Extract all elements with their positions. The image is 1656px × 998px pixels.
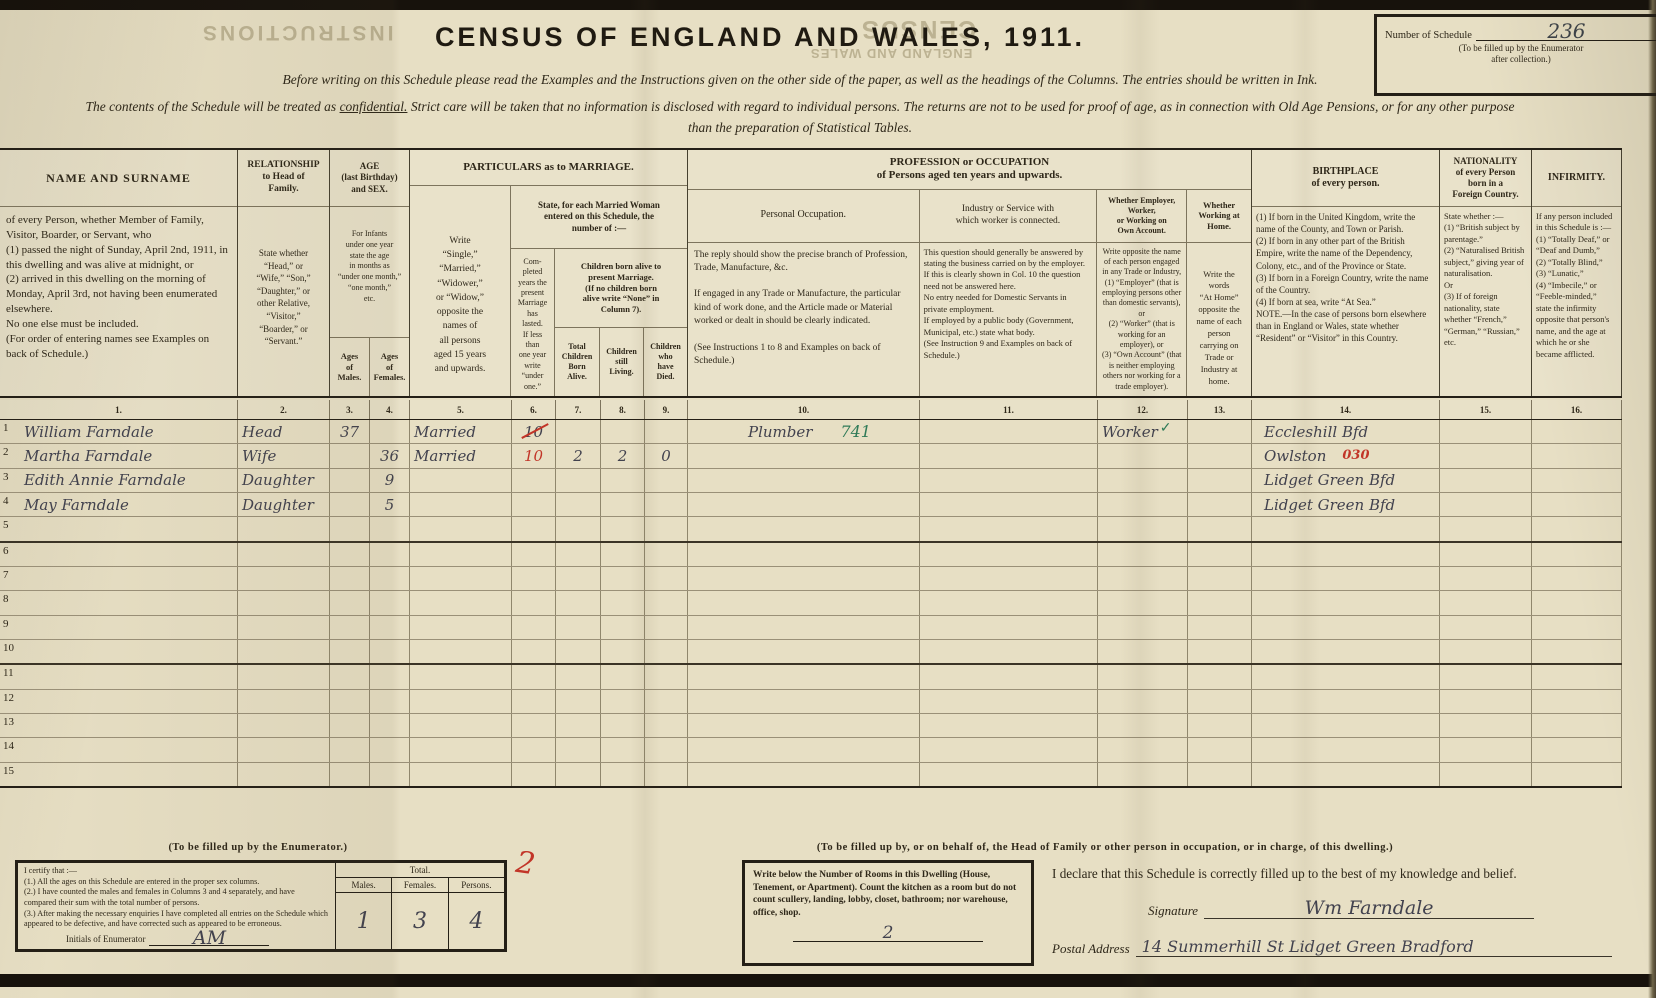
column-number: 3. [330, 400, 370, 419]
cell-name: 6 [0, 543, 238, 566]
cell-occupation [688, 763, 920, 786]
col-industry-desc: This question should generally be answer… [920, 243, 1097, 396]
cell-birthplace [1252, 591, 1440, 614]
entry-birthplace: Lidget Green Bfd [1256, 496, 1395, 514]
table-row: 7 [0, 567, 1622, 591]
row-number: 15 [3, 765, 14, 777]
entry-name: Martha Farndale [4, 447, 152, 465]
cell-occupation [688, 469, 920, 492]
cell-died: 0 [645, 444, 688, 467]
table-row: 4May FarndaleDaughter5Lidget Green Bfd [0, 493, 1622, 517]
cell-nationality [1440, 616, 1532, 639]
cell-born [556, 665, 601, 688]
cell-name: 7 [0, 567, 238, 590]
cell-relationship [238, 738, 330, 761]
cell-employment [1098, 738, 1188, 761]
cell-marriage [410, 640, 512, 663]
cell-infirmity [1532, 640, 1622, 663]
entry-years-married: 10 [524, 423, 543, 441]
cell-employment [1098, 714, 1188, 737]
cell-marriage [410, 493, 512, 516]
cell-employment [1098, 591, 1188, 614]
cell-years [512, 763, 556, 786]
cell-relationship [238, 714, 330, 737]
cell-employment [1098, 517, 1188, 540]
cell-occupation [688, 690, 920, 713]
cell-marriage [410, 763, 512, 786]
row-number: 1 [3, 422, 9, 434]
cell-died [645, 543, 688, 566]
cell-died [645, 469, 688, 492]
col-employer-worker: Whether Employer, Worker, or Working on … [1097, 190, 1187, 396]
signature-value: Wm Farndale [1204, 898, 1534, 919]
cell-nationality [1440, 640, 1532, 663]
cell-age_m [330, 444, 370, 467]
cell-age_m [330, 616, 370, 639]
col-personal-occupation: Personal Occupation. The reply should sh… [688, 190, 920, 396]
cell-age_m [330, 763, 370, 786]
cell-industry [920, 420, 1098, 443]
cell-born [556, 690, 601, 713]
column-number: 2. [238, 400, 330, 419]
col-age-desc: For Infants under one year state the age… [330, 207, 409, 337]
entry-birthplace: Eccleshill Bfd [1256, 423, 1368, 441]
cell-name: 9 [0, 616, 238, 639]
cell-born [556, 763, 601, 786]
entry-relationship: Wife [242, 447, 276, 465]
cell-nationality [1440, 567, 1532, 590]
cell-living: 2 [601, 444, 645, 467]
cell-born: 2 [556, 444, 601, 467]
table-row: 11 [0, 665, 1622, 689]
cell-relationship [238, 665, 330, 688]
cell-employment [1098, 493, 1188, 516]
table-row: 2Martha FarndaleWife36Married10220Owlsto… [0, 444, 1622, 468]
schedule-number-note: (To be filled up by the Enumerator after… [1385, 43, 1656, 66]
cell-years [512, 714, 556, 737]
cell-died [645, 763, 688, 786]
cell-died [645, 616, 688, 639]
cell-age_m [330, 591, 370, 614]
col-personal-occupation-desc: The reply should show the precise branch… [688, 243, 919, 396]
cell-employment [1098, 567, 1188, 590]
cell-age_m [330, 690, 370, 713]
cell-relationship [238, 543, 330, 566]
cell-infirmity [1532, 444, 1622, 467]
cell-name: 8 [0, 591, 238, 614]
females-label: Females. [392, 878, 448, 892]
top-edge-bar [0, 0, 1656, 10]
cell-infirmity [1532, 469, 1622, 492]
cell-nationality [1440, 469, 1532, 492]
cell-at_home [1188, 469, 1252, 492]
cell-industry [920, 665, 1098, 688]
table-row: 12 [0, 690, 1622, 714]
cell-years [512, 543, 556, 566]
cell-marriage [410, 517, 512, 540]
postal-address-value: 14 Summerhill St Lidget Green Bradford [1136, 938, 1612, 957]
cell-years [512, 517, 556, 540]
cell-nationality [1440, 591, 1532, 614]
cell-years [512, 567, 556, 590]
cell-industry [920, 517, 1098, 540]
column-number: 8. [601, 400, 645, 419]
initials-value: AM [149, 931, 269, 946]
cell-age_m [330, 493, 370, 516]
column-number-strip: 1.2.3.4.5.6.7.8.9.10.11.12.13.14.15.16. [0, 400, 1622, 420]
cell-infirmity [1532, 567, 1622, 590]
totals-values: 1 3 4 [336, 893, 504, 949]
cell-infirmity [1532, 517, 1622, 540]
table-body: 1William FarndaleHead37Married10Plumber7… [0, 420, 1622, 788]
cell-at_home [1188, 567, 1252, 590]
cell-born [556, 714, 601, 737]
entry-age_m: 37 [340, 423, 359, 441]
cell-industry [920, 493, 1098, 516]
cell-relationship: Daughter [238, 493, 330, 516]
cell-living [601, 517, 645, 540]
cell-birthplace: Eccleshill Bfd [1252, 420, 1440, 443]
cell-industry [920, 738, 1098, 761]
cell-marriage [410, 616, 512, 639]
cell-employment [1098, 469, 1188, 492]
red-annotation-mark: 2 [514, 845, 538, 882]
col-at-home: Whether Working at Home. Write the words… [1187, 190, 1251, 396]
row-number: 11 [3, 667, 14, 679]
col-employer-worker-title: Whether Employer, Worker, or Working on … [1097, 190, 1186, 243]
cell-name: 5 [0, 517, 238, 540]
cell-died [645, 420, 688, 443]
cell-industry [920, 591, 1098, 614]
cell-employment: Worker✓ [1098, 420, 1188, 443]
col-marriage-years: Com- pleted years the present Marriage h… [511, 249, 555, 396]
totals-table: Total. Males. Females. Persons. 1 3 4 [335, 863, 504, 949]
cell-age_m [330, 738, 370, 761]
cell-industry [920, 444, 1098, 467]
group-profession-title: PROFESSION or OCCUPATION of Persons aged… [688, 150, 1251, 190]
totals-title: Total. [336, 863, 504, 878]
cell-died [645, 714, 688, 737]
entry-marriage: Married [414, 447, 476, 465]
check-mark: ✓ [1160, 420, 1172, 437]
cell-marriage [410, 591, 512, 614]
cell-name: 12 [0, 690, 238, 713]
married-woman-header: State, for each Married Woman entered on… [511, 186, 687, 249]
column-number: 11. [920, 400, 1098, 419]
column-number: 5. [410, 400, 512, 419]
census-schedule-page: INSTRUCTIONS CENSUS ENGLAND AND WALES CE… [0, 0, 1656, 998]
col-infirmity-header: INFIRMITY. If any person included in thi… [1532, 150, 1622, 396]
enumerator-section-title: (To be filled up by the Enumerator.) [15, 842, 501, 853]
row-number: 6 [3, 545, 9, 557]
cell-relationship [238, 567, 330, 590]
cell-relationship [238, 690, 330, 713]
cell-employment [1098, 616, 1188, 639]
cell-born [556, 543, 601, 566]
confidential-line: The contents of the Schedule will be tre… [10, 99, 1590, 115]
cell-age_f [370, 738, 410, 761]
cell-living [601, 738, 645, 761]
initials-line: Initials of Enumerator AM [24, 931, 329, 946]
cell-at_home [1188, 738, 1252, 761]
cell-living [601, 616, 645, 639]
males-label: Males. [336, 878, 392, 892]
cell-years [512, 616, 556, 639]
cell-born [556, 738, 601, 761]
entry-employment: Worker [1102, 423, 1158, 441]
cell-years [512, 738, 556, 761]
cell-relationship [238, 591, 330, 614]
cell-birthplace: Lidget Green Bfd [1252, 493, 1440, 516]
col-relationship-header: RELATIONSHIP to Head of Family. State wh… [238, 150, 330, 396]
col-marriage-status: Write “Single,” “Married,” “Widower,” or… [410, 186, 511, 396]
col-age-header: AGE (last Birthday) and SEX. For Infants… [330, 150, 410, 396]
cell-infirmity [1532, 738, 1622, 761]
group-marriage-header: PARTICULARS as to MARRIAGE. Write “Singl… [410, 150, 688, 396]
cell-name: 3Edith Annie Farndale [0, 469, 238, 492]
row-number: 2 [3, 446, 9, 458]
cell-age_f [370, 665, 410, 688]
table-header: NAME AND SURNAME of every Person, whethe… [0, 148, 1622, 398]
rooms-text: Write below the Number of Rooms in this … [753, 870, 1016, 918]
cell-born [556, 469, 601, 492]
table-row: 3Edith Annie FarndaleDaughter9Lidget Gre… [0, 469, 1622, 493]
cell-died [645, 517, 688, 540]
certify-text: I certify that :— (1.) All the ages on t… [24, 866, 328, 928]
cell-infirmity [1532, 591, 1622, 614]
cell-born [556, 640, 601, 663]
entry-occupation: Plumber [692, 423, 812, 441]
col-marriage-years-desc: Com- pleted years the present Marriage h… [511, 249, 554, 396]
table-row: 8 [0, 591, 1622, 615]
cell-marriage [410, 543, 512, 566]
col-children-living-label: Children still Living. [600, 328, 643, 396]
cell-born [556, 567, 601, 590]
entry-born: 2 [573, 447, 583, 465]
cell-occupation [688, 567, 920, 590]
initials-label: Initials of Enumerator [66, 934, 145, 946]
cell-occupation [688, 493, 920, 516]
col-at-home-title: Whether Working at Home. [1187, 190, 1251, 243]
col-employer-worker-desc: Write opposite the name of each person e… [1097, 243, 1186, 396]
entry-age_f: 36 [380, 447, 399, 465]
entry-relationship: Head [242, 423, 283, 441]
entry-name: Edith Annie Farndale [4, 471, 186, 489]
entry-birthplace: Lidget Green Bfd [1256, 471, 1395, 489]
col-name-desc: of every Person, whether Member of Famil… [0, 207, 237, 396]
cell-years [512, 665, 556, 688]
males-value: 1 [357, 909, 371, 934]
cell-nationality [1440, 690, 1532, 713]
cell-industry [920, 567, 1098, 590]
cell-years: 10 [512, 420, 556, 443]
table-row: 9 [0, 616, 1622, 640]
cell-birthplace [1252, 665, 1440, 688]
schedule-number-value: 236 [1476, 22, 1656, 41]
cell-years [512, 690, 556, 713]
cell-age_f: 9 [370, 469, 410, 492]
entry-died: 0 [661, 447, 671, 465]
cell-name: 11 [0, 665, 238, 688]
cell-birthplace [1252, 690, 1440, 713]
signature-line: Signature Wm Farndale [1148, 898, 1534, 919]
column-number: 7. [556, 400, 601, 419]
cell-at_home [1188, 420, 1252, 443]
cell-age_m [330, 517, 370, 540]
column-number: 15. [1440, 400, 1532, 419]
cell-living [601, 690, 645, 713]
row-number: 13 [3, 716, 14, 728]
cell-years [512, 591, 556, 614]
col-infirmity-desc: If any person included in this Schedule … [1532, 207, 1621, 396]
column-number: 1. [0, 400, 238, 419]
cell-nationality [1440, 444, 1532, 467]
col-marriage-status-desc: Write “Single,” “Married,” “Widower,” or… [410, 186, 510, 396]
cell-at_home [1188, 444, 1252, 467]
females-value: 3 [413, 909, 427, 934]
cell-employment [1098, 640, 1188, 663]
cell-name: 1William Farndale [0, 420, 238, 443]
enumerator-box: I certify that :— (1.) All the ages on t… [15, 860, 507, 952]
children-header: Children born alive to present Marriage.… [555, 249, 687, 328]
cell-industry [920, 763, 1098, 786]
cell-nationality [1440, 543, 1532, 566]
cell-age_f [370, 690, 410, 713]
cell-age_f [370, 616, 410, 639]
column-number: 4. [370, 400, 410, 419]
col-birthplace-desc: (1) If born in the United Kingdom, write… [1252, 207, 1439, 396]
cell-born [556, 517, 601, 540]
cell-at_home [1188, 714, 1252, 737]
cell-years [512, 640, 556, 663]
cell-marriage [410, 665, 512, 688]
cell-infirmity [1532, 543, 1622, 566]
table-row: 10 [0, 640, 1622, 665]
cell-living [601, 665, 645, 688]
cell-relationship [238, 616, 330, 639]
cell-infirmity [1532, 714, 1622, 737]
cell-nationality [1440, 517, 1532, 540]
cell-birthplace: Owlston030 [1252, 444, 1440, 467]
entry-name: May Farndale [4, 496, 129, 514]
cell-age_f [370, 763, 410, 786]
cell-employment [1098, 543, 1188, 566]
cell-at_home [1188, 665, 1252, 688]
table-row: 1William FarndaleHead37Married10Plumber7… [0, 420, 1622, 444]
cell-age_m [330, 469, 370, 492]
cell-birthplace [1252, 543, 1440, 566]
persons-value: 4 [469, 909, 483, 934]
cell-at_home [1188, 493, 1252, 516]
cell-employment [1098, 690, 1188, 713]
cell-occupation [688, 616, 920, 639]
row-number: 4 [3, 495, 9, 507]
cell-birthplace [1252, 714, 1440, 737]
cell-age_m [330, 714, 370, 737]
cell-born [556, 420, 601, 443]
entry-age_f: 5 [385, 496, 395, 514]
cell-living [601, 763, 645, 786]
cell-at_home [1188, 543, 1252, 566]
cell-name: 15 [0, 763, 238, 786]
col-age-sex-split: Ages of Males. Ages of Females. [330, 337, 409, 396]
cell-industry [920, 543, 1098, 566]
cell-born [556, 616, 601, 639]
col-industry: Industry or Service with which worker is… [920, 190, 1098, 396]
cell-relationship: Wife [238, 444, 330, 467]
cell-died [645, 567, 688, 590]
cell-industry [920, 469, 1098, 492]
cell-marriage: Married [410, 444, 512, 467]
cell-living [601, 493, 645, 516]
cell-occupation [688, 714, 920, 737]
entry-age_f: 9 [385, 471, 395, 489]
cell-died [645, 690, 688, 713]
cell-age_f: 36 [370, 444, 410, 467]
cell-relationship [238, 517, 330, 540]
cell-marriage: Married [410, 420, 512, 443]
persons-label: Persons. [449, 878, 504, 892]
cell-nationality [1440, 714, 1532, 737]
cell-age_f [370, 420, 410, 443]
col-children-born-label: Total Children Born Alive. [555, 328, 599, 396]
col-personal-occupation-title: Personal Occupation. [688, 190, 919, 243]
col-at-home-desc: Write the words “At Home” opposite the n… [1187, 243, 1251, 396]
cell-age_m [330, 543, 370, 566]
table-row: 15 [0, 763, 1622, 786]
col-age-females-label: Ages of Females. [370, 338, 409, 396]
cell-living [601, 714, 645, 737]
col-nationality-title: NATIONALITY of every Person born in a Fo… [1440, 150, 1531, 207]
married-woman-group: State, for each Married Woman entered on… [511, 186, 687, 396]
enumerator-certify-text: I certify that :— (1.) All the ages on t… [18, 863, 335, 949]
cell-name: 10 [0, 640, 238, 663]
table-row: 13 [0, 714, 1622, 738]
cell-died [645, 493, 688, 516]
cell-died [645, 591, 688, 614]
cell-living [601, 640, 645, 663]
cell-relationship [238, 640, 330, 663]
cell-age_m [330, 665, 370, 688]
instruction-line: Before writing on this Schedule please r… [30, 72, 1570, 88]
schedule-number-box: Number of Schedule 236 (To be filled up … [1374, 14, 1656, 96]
cell-marriage [410, 567, 512, 590]
cell-name: 14 [0, 738, 238, 761]
cell-occupation: Plumber741 [688, 420, 920, 443]
confidential-word: confidential. [340, 99, 408, 114]
cell-occupation [688, 517, 920, 540]
column-number: 16. [1532, 400, 1622, 419]
cell-living [601, 567, 645, 590]
birthplace-note: 030 [1342, 448, 1369, 463]
cell-employment [1098, 444, 1188, 467]
cell-relationship: Daughter [238, 469, 330, 492]
occupation-code: 741 [840, 422, 871, 441]
cell-infirmity [1532, 763, 1622, 786]
cell-nationality [1440, 493, 1532, 516]
cell-at_home [1188, 763, 1252, 786]
row-number: 8 [3, 593, 9, 605]
cell-died [645, 738, 688, 761]
cell-name: 2Martha Farndale [0, 444, 238, 467]
cell-occupation [688, 738, 920, 761]
column-number: 14. [1252, 400, 1440, 419]
entry-years-married: 10 [524, 447, 543, 465]
group-marriage-title: PARTICULARS as to MARRIAGE. [410, 150, 687, 186]
cell-marriage [410, 738, 512, 761]
cell-infirmity [1532, 665, 1622, 688]
column-number: 13. [1188, 400, 1252, 419]
